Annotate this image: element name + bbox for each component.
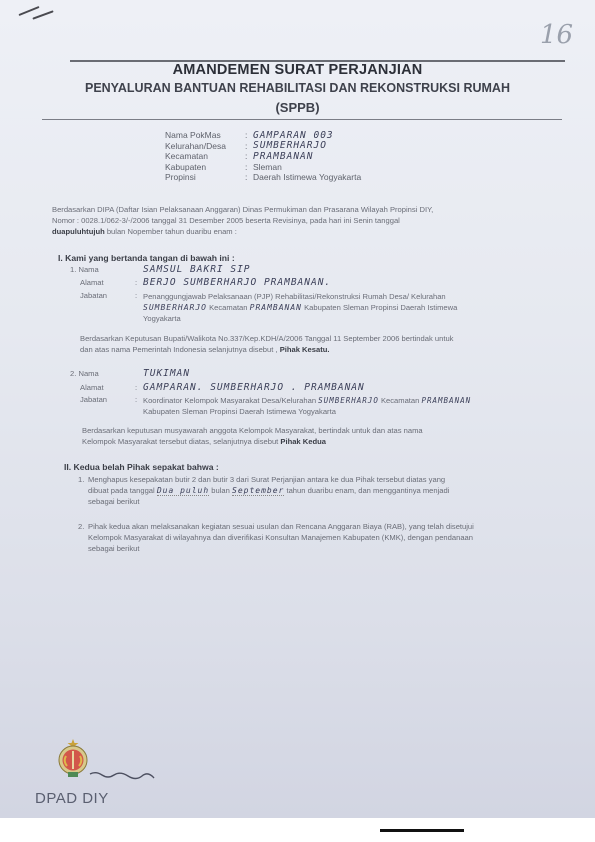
info-colon: : bbox=[245, 162, 253, 172]
intro-line: Nomor : 0028.1/062-3/-/2006 tanggal 31 D… bbox=[52, 215, 572, 226]
info-row-kecamatan: Kecamatan : PRAMBANAN bbox=[165, 151, 361, 162]
intro-date-rest: bulan Nopember tahun duaribu enam : bbox=[105, 227, 237, 236]
party1-address-label: Alamat bbox=[70, 278, 135, 287]
intro-line: duapuluhtujuh bulan Nopember tahun duari… bbox=[52, 226, 572, 237]
party1-name-label: 1. Nama bbox=[70, 265, 135, 274]
party2-name-value: TUKIMAN bbox=[143, 368, 190, 379]
info-value: SUMBERHARJO bbox=[253, 140, 327, 151]
pen-stroke bbox=[18, 6, 39, 16]
party1-position-row: Jabatan : Penanggungjawab Pelaksanaan (P… bbox=[70, 291, 563, 324]
info-colon: : bbox=[245, 141, 253, 151]
party2-name-row: 2. Nama TUKIMAN bbox=[70, 368, 190, 379]
intro-line: Berdasarkan DIPA (Daftar Isian Pelaksana… bbox=[52, 204, 572, 215]
party2-basis: Berdasarkan keputusan musyawarah anggota… bbox=[82, 425, 582, 447]
party1-address-row: Alamat : BERJO SUMBERHARJO PRAMBANAN. bbox=[70, 277, 331, 288]
info-colon: : bbox=[245, 151, 253, 161]
section-2-heading: II. Kedua belah Pihak sepakat bahwa : bbox=[64, 462, 219, 472]
handwritten-page-number: 16 bbox=[540, 20, 573, 50]
info-value: Sleman bbox=[253, 162, 282, 172]
party2-address-row: Alamat : GAMPARAN. SUMBERHARJO . PRAMBAN… bbox=[70, 382, 365, 393]
info-row-kabupaten: Kabupaten : Sleman bbox=[165, 162, 361, 173]
info-label: Kabupaten bbox=[165, 162, 245, 172]
document-acronym: (SPPB) bbox=[0, 100, 595, 115]
pihak-kedua-label: Pihak Kedua bbox=[280, 437, 326, 446]
info-value: Daerah Istimewa Yogyakarta bbox=[253, 172, 361, 182]
info-colon: : bbox=[245, 172, 253, 182]
info-row-propinsi: Propinsi : Daerah Istimewa Yogyakarta bbox=[165, 172, 361, 183]
party1-name-row: 1. Nama SAMSUL BAKRI SIP bbox=[70, 264, 251, 275]
info-label: Nama PokMas bbox=[165, 130, 245, 140]
party2-position-label: Jabatan bbox=[70, 395, 135, 404]
info-colon: : bbox=[245, 130, 253, 140]
info-label: Kelurahan/Desa bbox=[165, 141, 245, 151]
yogyakarta-seal-icon bbox=[55, 738, 91, 780]
pen-stroke bbox=[32, 10, 53, 19]
info-value: GAMPARAN 003 bbox=[253, 130, 334, 141]
agreement-item-2: 2.Pihak kedua akan melaksanakan kegiatan… bbox=[78, 521, 588, 554]
info-row-kelurahan: Kelurahan/Desa : SUMBERHARJO bbox=[165, 141, 361, 152]
redaction-bar bbox=[380, 829, 464, 832]
party1-basis: Berdasarkan Keputusan Bupati/Walikota No… bbox=[80, 333, 580, 355]
agreement-item-1: 1.Menghapus kesepakatan butir 2 dan buti… bbox=[78, 474, 588, 507]
intro-date-bold: duapuluhtujuh bbox=[52, 227, 105, 236]
party1-position-value: Penanggungjawab Pelaksanaan (PJP) Rehabi… bbox=[143, 291, 563, 324]
title-rule bbox=[42, 119, 562, 120]
info-label: Propinsi bbox=[165, 172, 245, 182]
info-label: Kecamatan bbox=[165, 151, 245, 161]
party1-position-label: Jabatan bbox=[70, 291, 135, 300]
party1-address-value: BERJO SUMBERHARJO PRAMBANAN. bbox=[143, 277, 331, 288]
pokmas-info-block: Nama PokMas : GAMPARAN 003 Kelurahan/Des… bbox=[165, 130, 361, 183]
info-row-pokmas: Nama PokMas : GAMPARAN 003 bbox=[165, 130, 361, 141]
party2-position-row: Jabatan : Koordinator Kelompok Masyaraka… bbox=[70, 395, 583, 417]
dpad-watermark: DPAD DIY bbox=[35, 790, 109, 807]
party1-name-value: SAMSUL BAKRI SIP bbox=[143, 264, 251, 275]
party2-address-value: GAMPARAN. SUMBERHARJO . PRAMBANAN bbox=[143, 382, 365, 393]
party2-name-label: 2. Nama bbox=[70, 369, 135, 378]
party2-address-label: Alamat bbox=[70, 383, 135, 392]
document-title: AMANDEMEN SURAT PERJANJIAN bbox=[0, 62, 595, 78]
party2-position-value: Koordinator Kelompok Masyarakat Desa/Kel… bbox=[143, 395, 583, 417]
section-1-heading: I. Kami yang bertanda tangan di bawah in… bbox=[58, 253, 235, 263]
scanned-document-page: 16 AMANDEMEN SURAT PERJANJIAN PENYALURAN… bbox=[0, 0, 595, 818]
intro-paragraph: Berdasarkan DIPA (Daftar Isian Pelaksana… bbox=[52, 204, 572, 237]
pihak-kesatu-label: Pihak Kesatu. bbox=[280, 345, 330, 354]
document-subtitle: PENYALURAN BANTUAN REHABILITASI DAN REKO… bbox=[0, 81, 595, 95]
signature-scribble bbox=[88, 770, 158, 780]
info-value: PRAMBANAN bbox=[253, 151, 313, 162]
